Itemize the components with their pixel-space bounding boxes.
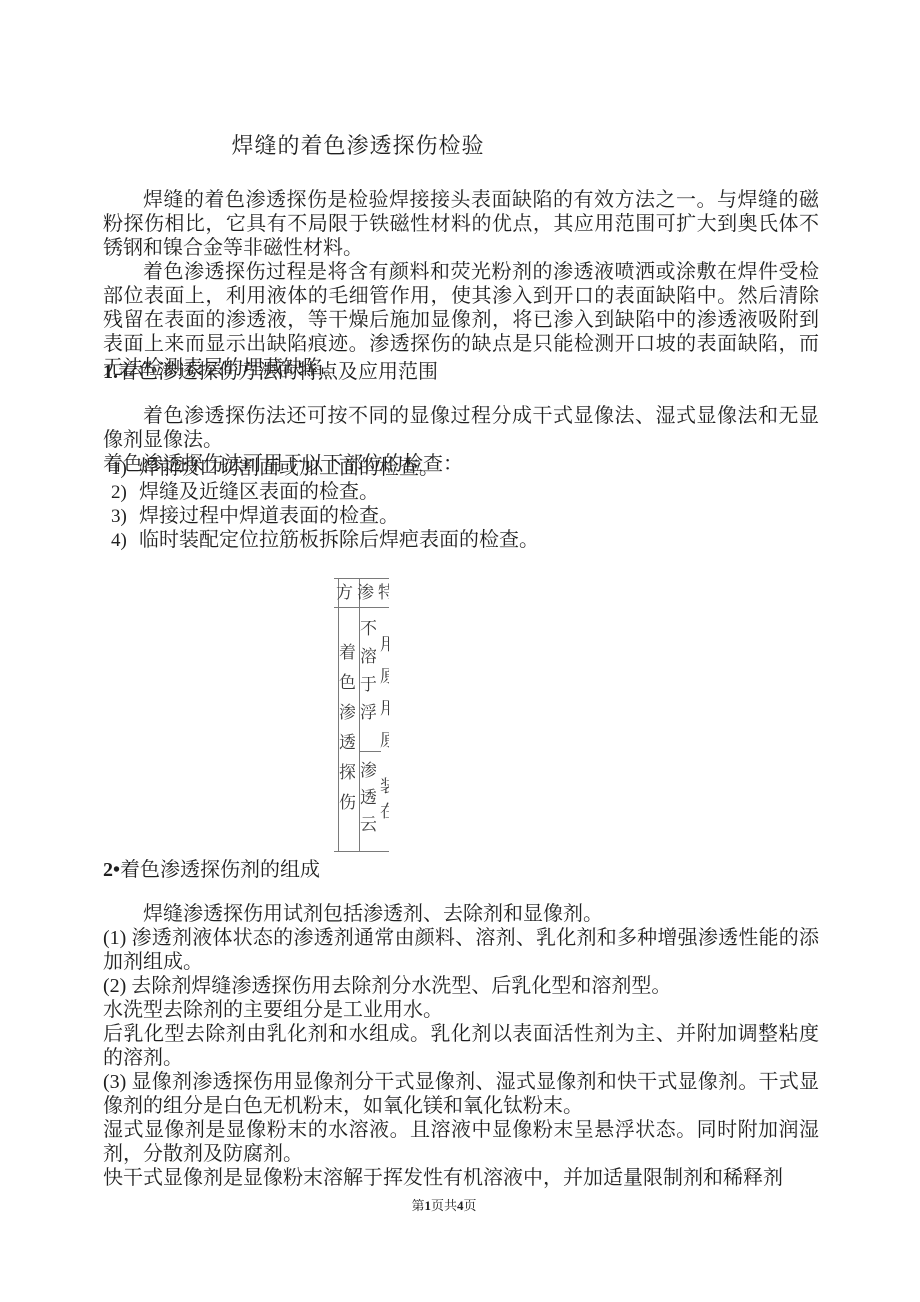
- section1-heading-text: 着色渗透探伤方法的特点及应用范围: [118, 361, 438, 383]
- section2-heading: 2•着色渗透探伤剂的组成: [103, 858, 819, 882]
- list-item: 2)焊缝及近缝区表面的检查。: [103, 480, 819, 504]
- page-footer: 第1页共4页: [0, 1198, 888, 1214]
- section1-heading-number: 1.: [103, 361, 118, 383]
- intro-paragraph-1: 焊缝的着色渗透探伤是检验焊接接头表面缺陷的有效方法之一。与焊缝的磁粉探伤相比，它…: [103, 188, 819, 260]
- figure-header-separator: [334, 607, 389, 608]
- section1-heading: 1.着色渗透探伤方法的特点及应用范围: [103, 360, 819, 384]
- list-item-number: 1): [111, 457, 139, 481]
- list-item-number: 3): [111, 505, 139, 529]
- figure-column3-upper-text: 用原用原: [376, 635, 389, 763]
- section2-item-3: (3) 显像剂渗透探伤用显像剂分干式显像剂、湿式显像剂和快干式显像剂。干式显像剂…: [103, 1070, 819, 1118]
- section2-heading-number: 2•: [103, 859, 120, 881]
- list-item: 3)焊接过程中焊道表面的检查。: [103, 504, 819, 528]
- list-item-text: 焊接过程中焊道表面的检查。: [139, 505, 399, 527]
- section2-heading-text: 着色渗透探伤剂的组成: [120, 859, 320, 881]
- list-item: 4)临时装配定位拉筋板拆除后焊疤表面的检查。: [103, 528, 819, 552]
- figure-header-cell: 方: [336, 583, 356, 603]
- footer-suffix: 页: [464, 1198, 477, 1213]
- list-item-text: 焊缝及近缝区表面的检查。: [139, 481, 379, 503]
- section1-list: 1)焊前坡口切割面或加工面的检查。 2)焊缝及近缝区表面的检查。 3)焊接过程中…: [103, 456, 819, 552]
- section2-item-1: (1) 渗透剂液体状态的渗透剂通常由颜料、溶剂、乳化剂和多种增强渗透性能的添加剂…: [103, 926, 819, 974]
- figure-column3-lower-text: 装在吗: [376, 777, 389, 851]
- page-title: 焊缝的着色渗透探伤检验: [0, 131, 716, 161]
- section2-paragraph-wet: 湿式显像剂是显像粉末的水溶液。且溶液中显像粉末呈悬浮状态。同时附加润湿剂，分散剂…: [103, 1118, 819, 1166]
- list-item-text: 临时装配定位拉筋板拆除后焊疤表面的检查。: [139, 529, 539, 551]
- figure-header-cell: 渗: [357, 583, 377, 603]
- list-item-text: 焊前坡口切割面或加工面的检查。: [139, 457, 439, 479]
- clipped-table-figure: 方 渗 特 着色渗透探伤 不溶于浮 渗透云 用原用原 装在吗: [334, 578, 389, 852]
- section2-intro: 焊缝渗透探伤用试剂包括渗透剂、去除剂和显像剂。: [103, 902, 819, 926]
- section1-paragraph: 着色渗透探伤法还可按不同的显像过程分成干式显像法、湿式显像法和无显像剂显像法。: [103, 404, 819, 452]
- list-item-number: 4): [111, 529, 139, 553]
- footer-prefix: 第: [411, 1198, 424, 1213]
- list-item: 1)焊前坡口切割面或加工面的检查。: [103, 456, 819, 480]
- section2-item-2: (2) 去除剂焊缝渗透探伤用去除剂分水洗型、后乳化型和溶剂型。: [103, 974, 819, 998]
- figure-column1-vertical-text: 着色渗透探伤: [335, 643, 355, 823]
- figure-column2-lower-text: 渗透云: [356, 761, 376, 842]
- figure-header-cell: 特: [378, 583, 389, 603]
- figure-column2-upper-text: 不溶于浮: [356, 619, 376, 731]
- section2-paragraph-fastdry: 快干式显像剂是显像粉末溶解于挥发性有机溶液中，并加适量限制剂和稀释剂: [103, 1166, 819, 1190]
- section2-paragraph-water: 水洗型去除剂的主要组分是工业用水。: [103, 998, 819, 1022]
- footer-middle: 页共: [431, 1198, 457, 1213]
- list-item-number: 2): [111, 481, 139, 505]
- document-page: 焊缝的着色渗透探伤检验 焊缝的着色渗透探伤是检验焊接接头表面缺陷的有效方法之一。…: [0, 0, 920, 1302]
- section2-paragraph-emulsify: 后乳化型去除剂由乳化剂和水组成。乳化剂以表面活性剂为主、并附加调整粘度的溶剂。: [103, 1022, 819, 1070]
